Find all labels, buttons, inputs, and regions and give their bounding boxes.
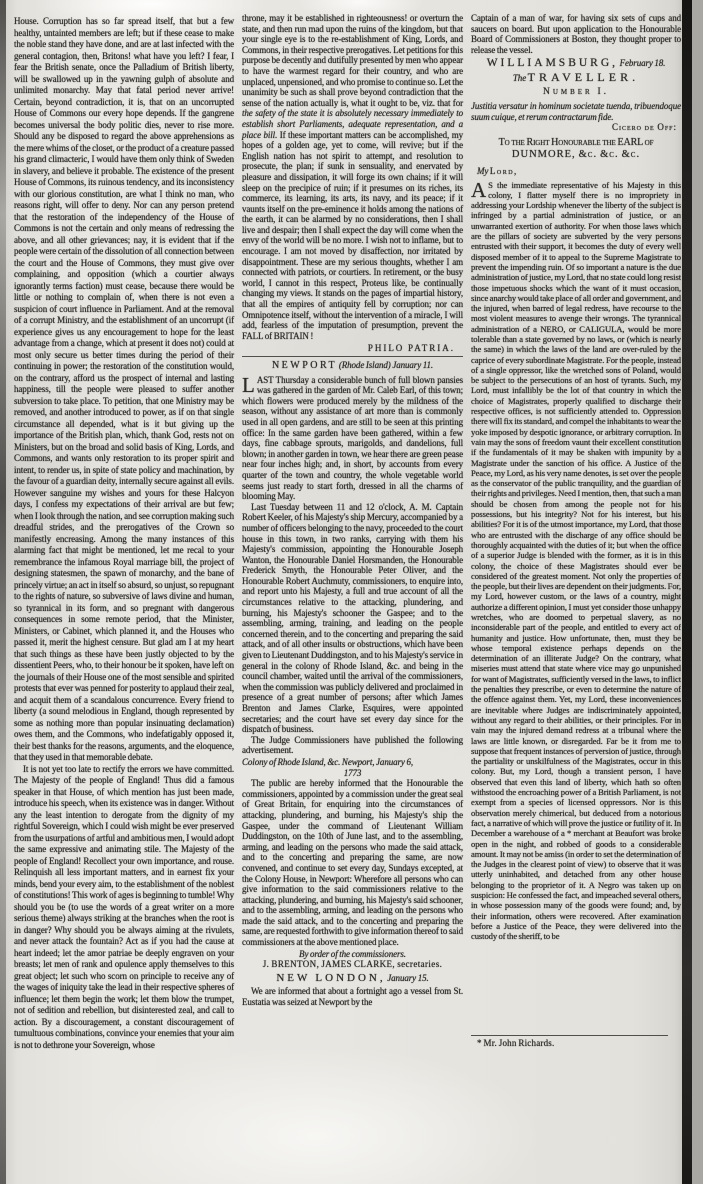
newspaper-page: House. Corruption has so far spread itse… (0, 0, 703, 1184)
epigraph: Justitia versatur in hominum societate t… (471, 101, 681, 122)
dateline-city: WILLIAMSBURG, (487, 57, 618, 69)
salutation: My Lord, (471, 166, 681, 177)
body-paragraph: House. Corruption has so far spread itse… (14, 16, 234, 764)
letter-body: AS the immediate representative of his M… (471, 180, 681, 1032)
masthead-the: The (513, 73, 526, 83)
footnote-rule (471, 1035, 668, 1036)
by-order-line: By order of the commissioners. (242, 949, 463, 960)
advertisement-heading: Colony of Rhode Island, &c. Newport, Jan… (242, 757, 463, 768)
drop-cap: L (242, 375, 257, 394)
salutation-my: My (477, 166, 488, 176)
dateline-city: NEWPORT (272, 360, 337, 371)
dateline-new-london: NEW LONDON, January 15. (242, 973, 463, 984)
column-middle: throne, may it be established in righteo… (242, 13, 463, 1173)
masthead-title: TRAVELLER. (528, 70, 639, 84)
book-binding-shadow (682, 0, 692, 1184)
dateline-date: January 15. (387, 973, 428, 983)
salutation-lord: Lord, (490, 166, 518, 176)
paragraph-text: S the immediate representative of his Ma… (471, 180, 681, 942)
dateline-williamsburg: WILLIAMSBURG, February 18. (471, 58, 681, 69)
address-line-2: DUNMORE, &c. &c. &c. (512, 149, 640, 160)
dateline-city: NEW LONDON, (276, 972, 385, 984)
epigraph-attribution: Cicero de Off: (471, 122, 677, 133)
drop-cap: A (471, 180, 488, 199)
body-paragraph: AS the immediate representative of his M… (471, 180, 681, 942)
paragraph-text: AST Thursday a considerable bunch of ful… (242, 375, 463, 502)
column-right: Captain of a man of war, for having six … (471, 13, 681, 1178)
advertisement-year: 1773 (242, 768, 463, 779)
column-left: House. Corruption has so far spread itse… (14, 16, 234, 1166)
page-edge-left (0, 0, 6, 1184)
paragraph-text: If these important matters can be accomp… (242, 130, 463, 341)
secretaries-line: J. BRENTON, JAMES CLARKE, secretaries. (242, 959, 463, 970)
body-paragraph: throne, may it be established in righteo… (242, 13, 463, 341)
body-paragraph: Captain of a man of war, for having six … (471, 13, 681, 55)
dateline-newport: NEWPORT (Rhode Island) January 11. (242, 360, 463, 372)
address-line-1: To the Right Honourable the EARL of (499, 137, 654, 148)
body-paragraph: LAST Thursday a considerable bunch of fu… (242, 375, 463, 502)
body-paragraph: The public are hereby informed that the … (242, 778, 463, 948)
dateline-date: February 18. (620, 58, 666, 68)
body-paragraph: We are informed that about a fortnight a… (242, 986, 463, 1007)
body-paragraph: The Judge Commissioners have published t… (242, 735, 463, 756)
divider-rule (242, 356, 463, 357)
number-line: Number I. (471, 87, 681, 98)
body-paragraph: Last Tuesday between 11 and 12 o'clock, … (242, 502, 463, 735)
body-paragraph: It is not yet too late to rectify the er… (14, 764, 234, 1052)
scan-background (692, 0, 703, 1184)
signature-philo-patria: PHILO PATRIA. (242, 343, 455, 354)
dateline-date: (Rhode Island) January 11. (339, 360, 433, 370)
footnote: * Mr. John Richards. (471, 1038, 681, 1049)
paragraph-text: throne, may it be established in righteo… (242, 13, 463, 108)
address-to-earl: To the Right Honourable the EARL ofDUNMO… (471, 137, 681, 162)
masthead-traveller: The TRAVELLER. (471, 72, 681, 84)
